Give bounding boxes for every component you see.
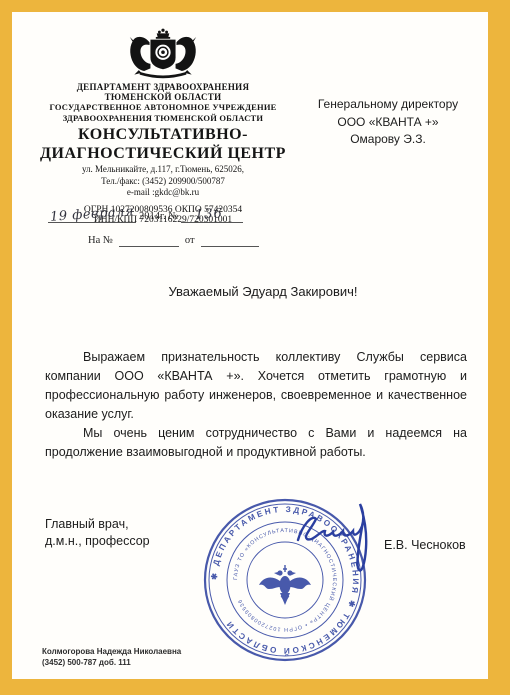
letterhead-org-line2: ЗДРАВООХРАНЕНИЯ ТЮМЕНСКОЙ ОБЛАСТИ — [26, 114, 300, 124]
body-paragraph-1: Выражаем признательность коллективу Служ… — [45, 348, 467, 424]
letterhead-address: ул. Мельникайте, д.117, г.Тюмень, 625026… — [26, 164, 300, 175]
salutation: Уважаемый Эдуард Закирович! — [53, 284, 473, 299]
letterhead-org-line1: ГОСУДАРСТВЕННОЕ АВТОНОМНОЕ УЧРЕЖДЕНИЕ — [26, 103, 300, 113]
date-number-line: 19 февраля2014г. №136 — [48, 204, 308, 226]
letterhead-center-name-line2: ДИАГНОСТИЧЕСКИЙ ЦЕНТР — [26, 146, 300, 161]
handwritten-signature — [290, 482, 390, 597]
signer-name: Е.В. Чесноков — [384, 538, 466, 552]
executor-contact: Колмогорова Надежда Николаевна (3452) 50… — [42, 646, 181, 668]
letterhead-department-line1: ДЕПАРТАМЕНТ ЗДРАВООХРАНЕНИЯ — [26, 82, 300, 92]
reply-na-label: На № — [88, 235, 113, 247]
reply-reference-line: На №от — [88, 228, 318, 248]
reply-number-underline — [119, 228, 179, 247]
reply-ot-label: от — [185, 235, 195, 247]
body-paragraph-2: Мы очень ценим сотрудничество с Вами и н… — [45, 424, 467, 462]
letter-paper: ДЕПАРТАМЕНТ ЗДРАВООХРАНЕНИЯ ТЮМЕНСКОЙ ОБ… — [12, 12, 488, 679]
date-underline: 19 февраля — [48, 204, 136, 223]
scanned-letter: ДЕПАРТАМЕНТ ЗДРАВООХРАНЕНИЯ ТЮМЕНСКОЙ ОБ… — [0, 0, 510, 695]
recipient-title: Генеральному директору — [298, 96, 478, 114]
letterhead-phone: Тел./факс: (3452) 209900/500787 — [26, 176, 300, 187]
letterhead-contact-block: ул. Мельникайте, д.117, г.Тюмень, 625026… — [26, 164, 300, 198]
letter-body: Выражаем признательность коллективу Служ… — [45, 348, 467, 462]
letterhead: ДЕПАРТАМЕНТ ЗДРАВООХРАНЕНИЯ ТЮМЕНСКОЙ ОБ… — [26, 28, 300, 226]
coat-of-arms-icon — [107, 28, 219, 80]
recipient-block: Генеральному директору ООО «КВАНТА +» Ом… — [298, 96, 478, 149]
executor-name: Колмогорова Надежда Николаевна — [42, 646, 181, 657]
number-underline: 136 — [181, 204, 243, 223]
letterhead-department-line2: ТЮМЕНСКОЙ ОБЛАСТИ — [26, 92, 300, 102]
handwritten-number: 136 — [195, 206, 224, 222]
signer-title-line1: Главный врач, — [45, 516, 150, 533]
recipient-person: Омарову Э.З. — [298, 131, 478, 149]
handwritten-date: 19 февраля — [50, 204, 135, 225]
reply-date-underline — [201, 228, 259, 247]
letterhead-email: e-mail :gkdc@bk.ru — [26, 187, 300, 198]
signer-title-block: Главный врач, д.м.н., профессор — [45, 516, 150, 550]
signer-title-line2: д.м.н., профессор — [45, 533, 150, 550]
executor-phone: (3452) 500-787 доб. 111 — [42, 657, 181, 668]
recipient-company: ООО «КВАНТА +» — [298, 114, 478, 132]
letterhead-center-name-line1: КОНСУЛЬТАТИВНО- — [26, 127, 300, 142]
printed-date-label: 2014г. № — [136, 211, 181, 223]
